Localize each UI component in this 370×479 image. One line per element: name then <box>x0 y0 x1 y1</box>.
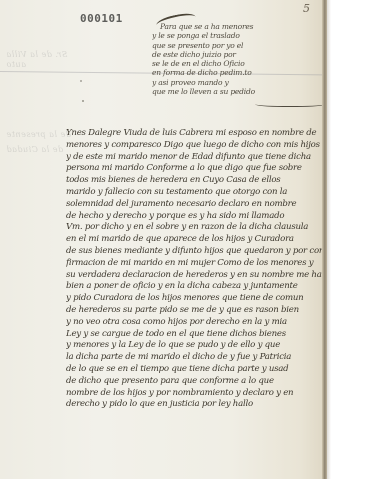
body-line: de hecho y derecho y porque es y ha sido… <box>66 211 322 223</box>
body-line: menores y comparesco Digo que luego de d… <box>66 140 322 152</box>
body-line: en el mi marido de que aparece de los hi… <box>66 234 322 246</box>
bleed-through-text: de la Ciudad <box>6 145 63 154</box>
header-line: en forma de dicho pedim.to <box>152 68 320 77</box>
body-line: Vm. por dicho y en el sobre y en razon d… <box>66 222 322 234</box>
body-line: y de este mi marido menor de Edad difunt… <box>66 152 322 164</box>
body-line: de sus bienes mediante y difunto hijos q… <box>66 246 322 258</box>
ink-spot <box>80 80 82 82</box>
body-line: marido y fallecio con su testamento que … <box>66 187 322 199</box>
body-line: todos mis bienes de heredera en Cuyo Cas… <box>66 175 322 187</box>
bleed-through-text: auto <box>6 60 26 69</box>
manuscript-body: Ynes Dalegre Viuda de luis Cabrera mi es… <box>66 128 322 411</box>
body-line: y menores y la Ley de lo que se pudo y d… <box>66 340 322 352</box>
body-line: nombre de los hijos y por nombramiento y… <box>66 388 322 400</box>
page-shadow <box>327 0 331 479</box>
folio-number: 5 <box>303 2 310 15</box>
body-line: solemnidad del juramento necesario decla… <box>66 199 322 211</box>
body-line: Ley y se cargue de todo en el que tiene … <box>66 329 322 341</box>
header-line: de este dicho juizio por <box>152 50 320 59</box>
body-line: la dicha parte de mi marido el dicho de … <box>66 352 322 364</box>
body-line: derecho y pido lo que en justicia por le… <box>66 399 322 411</box>
header-line: y le se ponga el traslado <box>152 31 320 40</box>
bleed-through-text: Sr. de la Villa <box>6 50 67 59</box>
body-line: firmacion de mi marido en mi mujer Como … <box>66 258 322 270</box>
bleed-through-text: de la presente <box>6 130 71 139</box>
manuscript-page: Sr. de la Villa auto de la presente de l… <box>0 0 327 479</box>
body-line: de herederos su parte pido se me de y qu… <box>66 305 322 317</box>
body-line: de dicho que presento para que conforme … <box>66 376 322 388</box>
body-line: su verdadera declaracion de herederos y … <box>66 270 322 282</box>
body-line: Ynes Dalegre Viuda de luis Cabrera mi es… <box>66 128 322 140</box>
body-line: persona mi marido Conforme a lo que digo… <box>66 163 322 175</box>
body-line: y no veo otra cosa como hijos por derech… <box>66 317 322 329</box>
body-line: de lo que se en el tiempo que tiene dich… <box>66 364 322 376</box>
archive-stamp-number: 000101 <box>80 12 123 25</box>
body-line: bien a poner de oficio y en la dicha cab… <box>66 281 322 293</box>
header-note: Para que se a ha menores y le se ponga e… <box>152 22 320 96</box>
header-line: que se presento por yo el <box>152 41 320 50</box>
header-line: Para que se a ha menores <box>152 22 320 31</box>
body-line: y pido Curadora de los hijos menores que… <box>66 293 322 305</box>
header-line: se le de en el dicho Oficio <box>152 59 320 68</box>
header-line: que me lo lleven a su pedido <box>152 87 320 96</box>
header-line: y asi proveo mando y <box>152 78 320 87</box>
header-closing-flourish <box>255 100 325 107</box>
ink-spot <box>82 100 84 102</box>
